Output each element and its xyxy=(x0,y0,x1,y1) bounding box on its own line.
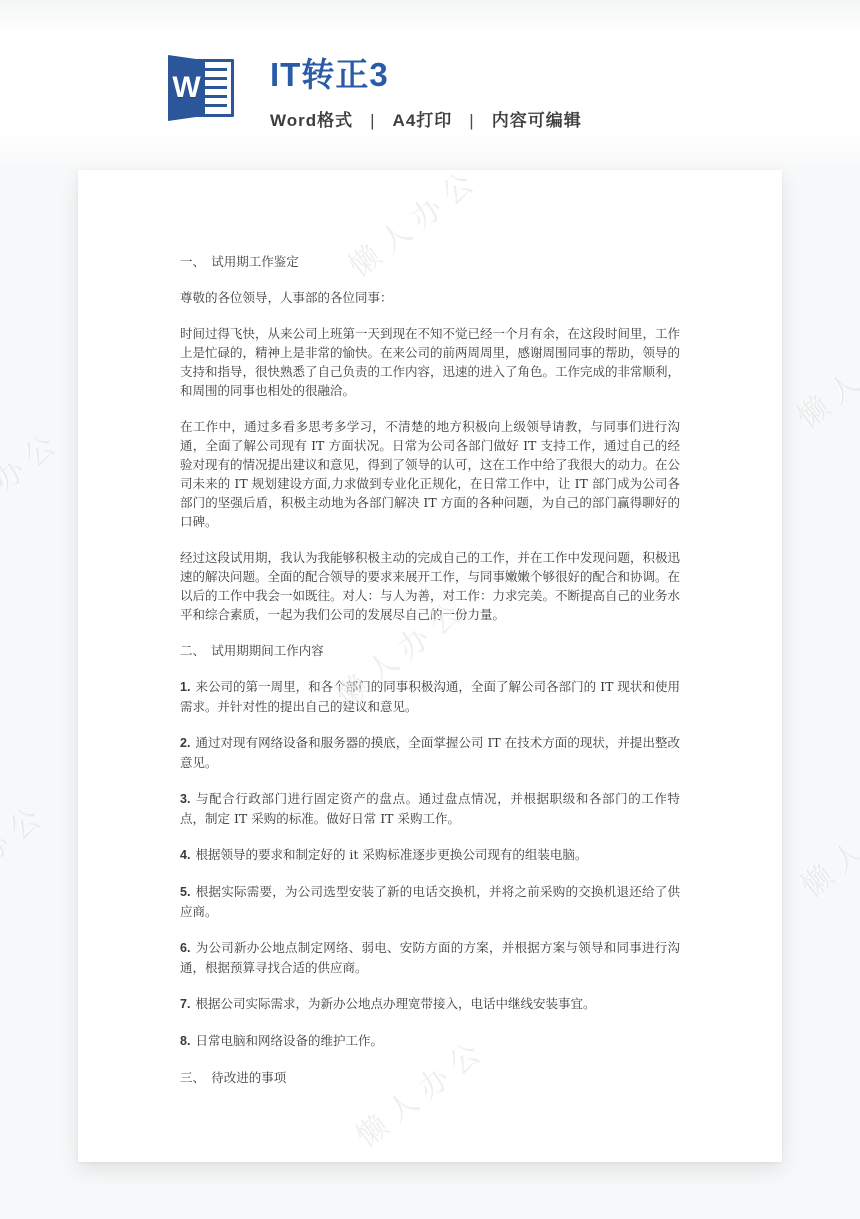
list-number: 2. xyxy=(180,736,190,750)
doc-list-item: 7.根据公司实际需求，为新办公地点办理宽带接入，电话中继线安装事宜。 xyxy=(180,994,680,1014)
list-number: 4. xyxy=(180,848,190,862)
header-text-block: IT转正3 Word格式|A4打印|内容可编辑 xyxy=(270,55,582,131)
doc-paragraph: 经过这段试用期，我认为我能够积极主动的完成自己的工作，并在工作中发现问题，积极迅… xyxy=(180,548,680,624)
word-file-icon: W xyxy=(168,55,234,121)
paragraph-text: 通过对现有网络设备和服务器的摸底，全面掌握公司 IT 在技术方面的现状，并提出整… xyxy=(180,735,680,770)
page-header: W IT转正3 Word格式|A4打印|内容可编辑 xyxy=(0,0,860,170)
paragraph-text: 日常电脑和网络设备的维护工作。 xyxy=(195,1033,383,1048)
subtitle-separator: | xyxy=(370,111,375,130)
paragraph-text: 根据领导的要求和制定好的 it 采购标准逐步更换公司现有的组装电脑。 xyxy=(195,847,587,862)
paragraph-text: 与配合行政部门进行固定资产的盘点。通过盘点情况，并根据职级和各部门的工作特点，制… xyxy=(180,791,680,826)
format-label: Word格式 xyxy=(270,111,353,130)
list-number: 8. xyxy=(180,1034,190,1048)
doc-list-item: 3.与配合行政部门进行固定资产的盘点。通过盘点情况，并根据职级和各部门的工作特点… xyxy=(180,789,680,828)
paragraph-text: 二、 试用期期间工作内容 xyxy=(180,643,324,658)
paragraph-text: 时间过得飞快，从来公司上班第一天到现在不知不觉已经一个月有余，在这段时间里，工作… xyxy=(180,326,680,398)
word-icon-letter: W xyxy=(172,71,200,105)
document-subtitle: Word格式|A4打印|内容可编辑 xyxy=(270,106,582,131)
print-label: A4打印 xyxy=(393,111,453,130)
paragraph-text: 根据实际需要，为公司选型安装了新的电话交换机，并将之前采购的交换机退还给了供应商… xyxy=(180,884,680,919)
paragraph-text: 经过这段试用期，我认为我能够积极主动的完成自己的工作，并在工作中发现问题，积极迅… xyxy=(180,550,680,622)
document-title: IT转正3 xyxy=(270,57,582,93)
subtitle-separator: | xyxy=(469,111,474,130)
list-number: 5. xyxy=(180,885,190,899)
header-content: W IT转正3 Word格式|A4打印|内容可编辑 xyxy=(0,0,860,131)
paragraph-text: 尊敬的各位领导，人事部的各位同事： xyxy=(180,290,393,305)
list-number: 7. xyxy=(180,997,190,1011)
paragraph-text: 为公司新办公地点制定网络、弱电、安防方面的方案，并根据方案与领导和同事进行沟通，… xyxy=(180,940,680,975)
section-heading: 二、 试用期期间工作内容 xyxy=(180,641,680,660)
paragraph-text: 根据公司实际需求，为新办公地点办理宽带接入，电话中继线安装事宜。 xyxy=(195,996,595,1011)
list-number: 1. xyxy=(180,680,190,694)
doc-paragraph: 尊敬的各位领导，人事部的各位同事： xyxy=(180,288,680,307)
doc-list-item: 1.来公司的第一周里，和各个部门的同事积极沟通，全面了解公司各部门的 IT 现状… xyxy=(180,677,680,716)
word-icon-flap: W xyxy=(168,55,205,121)
doc-list-item: 8.日常电脑和网络设备的维护工作。 xyxy=(180,1031,680,1051)
editable-label: 内容可编辑 xyxy=(492,111,582,130)
doc-paragraph: 时间过得飞快，从来公司上班第一天到现在不知不觉已经一个月有余，在这段时间里，工作… xyxy=(180,324,680,400)
doc-list-item: 2.通过对现有网络设备和服务器的摸底，全面掌握公司 IT 在技术方面的现状，并提… xyxy=(180,733,680,772)
document-page-preview: 一、 试用期工作鉴定 尊敬的各位领导，人事部的各位同事： 时间过得飞快，从来公司… xyxy=(78,170,782,1162)
section-heading: 三、 待改进的事项 xyxy=(180,1068,680,1087)
list-number: 3. xyxy=(180,792,190,806)
watermark-text: 懒人办公 xyxy=(0,790,55,921)
watermark-text: 懒人办公 xyxy=(0,417,70,548)
section-heading: 一、 试用期工作鉴定 xyxy=(180,252,680,271)
doc-paragraph: 在工作中，通过多看多思考多学习，不清楚的地方积极向上级领导请教，与同事们进行沟通… xyxy=(180,417,680,531)
doc-list-item: 4.根据领导的要求和制定好的 it 采购标准逐步更换公司现有的组装电脑。 xyxy=(180,845,680,865)
paragraph-text: 在工作中，通过多看多思考多学习，不清楚的地方积极向上级领导请教，与同事们进行沟通… xyxy=(180,419,680,529)
template-preview-page: { "header": { "icon_letter": "W", "title… xyxy=(0,0,860,1219)
doc-list-item: 5.根据实际需要，为公司选型安装了新的电话交换机，并将之前采购的交换机退还给了供… xyxy=(180,882,680,921)
watermark-text: 懒人办公 xyxy=(786,306,860,437)
paragraph-text: 来公司的第一周里，和各个部门的同事积极沟通，全面了解公司各部门的 IT 现状和使… xyxy=(180,679,680,714)
paragraph-text: 一、 试用期工作鉴定 xyxy=(180,254,299,269)
document-body: 一、 试用期工作鉴定 尊敬的各位领导，人事部的各位同事： 时间过得飞快，从来公司… xyxy=(78,170,782,1087)
doc-list-item: 6.为公司新办公地点制定网络、弱电、安防方面的方案，并根据方案与领导和同事进行沟… xyxy=(180,938,680,977)
watermark-text: 懒人办公 xyxy=(790,775,860,906)
list-number: 6. xyxy=(180,941,190,955)
paragraph-text: 三、 待改进的事项 xyxy=(180,1070,286,1085)
